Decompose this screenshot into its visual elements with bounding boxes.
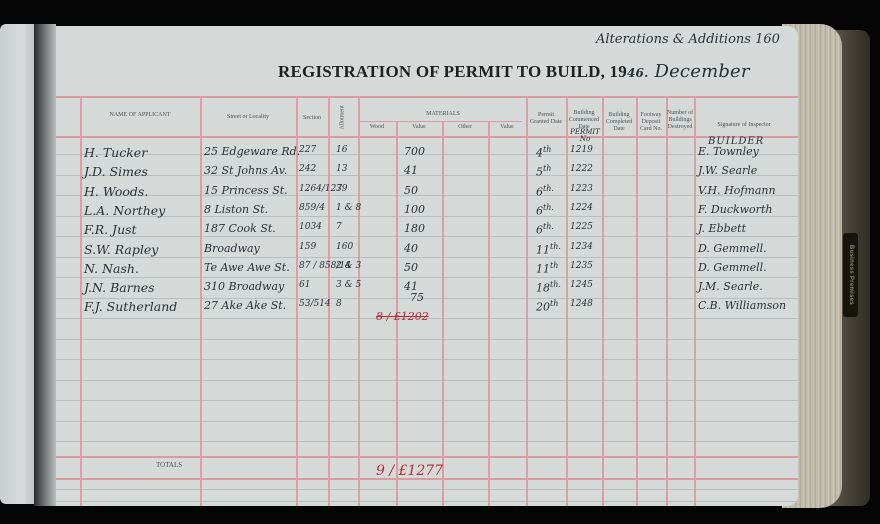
header-section: Section	[296, 115, 328, 122]
cell-allotment: 2 & 3	[336, 261, 361, 271]
ruled-line	[38, 421, 798, 422]
ruled-line	[38, 359, 798, 360]
date-suffix: th.	[543, 203, 554, 212]
cell-section: 859/4	[299, 203, 325, 213]
top-note: Alterations & Additions 160	[596, 32, 780, 47]
cell-permit: 1219	[570, 145, 593, 155]
ledger-page: Alterations & Additions 160 REGISTRATION…	[38, 26, 798, 506]
cell-date: 6th.	[536, 222, 554, 237]
header-signature: Signature of Inspector	[694, 122, 794, 129]
date-suffix: th	[550, 299, 558, 308]
cell-name: H. Woods.	[84, 184, 148, 199]
cell-allotment: 3 & 5	[336, 280, 361, 290]
left-page	[0, 24, 38, 504]
cell-street: 310 Broadway	[204, 280, 284, 293]
date-suffix: th	[550, 261, 558, 270]
cell-builder: D. Gemmell.	[698, 242, 767, 255]
header-top-rule	[38, 96, 798, 98]
header-buildings-destroyed: Number of Buildings Destroyed	[666, 110, 694, 131]
ruled-line	[38, 339, 798, 340]
date-day: 11	[536, 243, 550, 256]
ruled-line	[38, 236, 798, 237]
date-day: 6	[536, 205, 543, 218]
ruled-line	[38, 400, 798, 401]
col-rule	[602, 96, 604, 506]
cell-permit: 1245	[570, 280, 593, 290]
cell-street: 187 Cook St.	[204, 222, 276, 235]
header-footway-deposit: Footway Deposit Card No.	[636, 112, 666, 133]
title-month: December	[654, 61, 749, 82]
cell-builder: J. Ebbett	[698, 222, 746, 235]
cell-date: 5th	[536, 164, 551, 179]
ruled-line	[38, 501, 798, 502]
cell-date: 18th.	[536, 280, 561, 295]
date-suffix: th.	[550, 280, 561, 289]
cell-section: 61	[299, 280, 310, 290]
cell-allotment: 8	[336, 299, 342, 309]
cell-permit: 1235	[570, 261, 593, 271]
cell-builder: V.H. Hofmann	[698, 184, 776, 197]
date-day: 4	[536, 147, 543, 160]
ruled-line	[38, 380, 798, 381]
cell-permit: 1224	[570, 203, 593, 213]
cell-value: 75	[410, 291, 424, 304]
cell-builder: D. Gemmell.	[698, 261, 767, 274]
header-building-completed: Building Completed Date	[602, 112, 636, 133]
cell-street: 8 Liston St.	[204, 203, 268, 216]
permit-no-note: PERMIT No	[568, 129, 602, 143]
cell-value: 40	[404, 242, 418, 255]
totals-label: TOTALS	[156, 462, 182, 469]
cell-allotment: 7	[336, 222, 342, 232]
date-day: 6	[536, 224, 543, 237]
date-day: 6	[536, 185, 543, 198]
header-name: NAME OF APPLICANT	[80, 112, 200, 119]
cell-builder: C.B. Williamson	[698, 299, 786, 312]
header-street: Street or Locality	[200, 114, 296, 121]
cell-allotment: 39	[336, 184, 347, 194]
cell-allotment: 13	[336, 164, 347, 174]
cell-date: 6th.	[536, 184, 554, 199]
cell-permit: 1222	[570, 164, 593, 174]
header-value-1: Value	[396, 124, 442, 131]
cell-street: 25 Edgeware Rd.	[204, 145, 300, 158]
cell-builder: J.W. Searle	[698, 164, 757, 177]
cell-value: 50	[404, 261, 418, 274]
col-rule	[442, 121, 444, 506]
materials-divider	[360, 121, 522, 122]
cell-street: 15 Princess St.	[204, 184, 288, 197]
header-wood: Wood	[358, 124, 396, 131]
date-day: 20	[536, 301, 550, 314]
col-rule	[80, 96, 82, 506]
header-permit-granted: Permit Granted Date	[528, 112, 564, 126]
book-gutter	[34, 24, 56, 506]
date-suffix: th	[543, 145, 551, 154]
cell-builder: F. Duckworth	[698, 203, 772, 216]
struck-subtotal: 8 / £1202	[376, 310, 429, 323]
cell-builder: J.M. Searle.	[698, 280, 763, 293]
cell-permit: 1223	[570, 184, 593, 194]
cell-date: 11th.	[536, 242, 561, 257]
totals-top-rule	[38, 456, 798, 458]
col-rule	[636, 96, 638, 506]
title-printed: REGISTRATION OF PERMIT TO BUILD, 19	[278, 62, 627, 81]
cell-name: J.D. Simes	[84, 164, 148, 179]
cell-name: S.W. Rapley	[84, 242, 158, 257]
cell-date: 4th	[536, 145, 551, 160]
cell-value: 100	[404, 203, 425, 216]
header-bottom-rule	[38, 136, 798, 138]
date-day: 5	[536, 166, 543, 179]
cell-date: 11th	[536, 261, 558, 276]
cell-value: 700	[404, 145, 425, 158]
cell-allotment: 1 & 8	[336, 203, 361, 213]
ruled-line	[38, 277, 798, 278]
col-rule	[666, 96, 668, 506]
cell-name: F.R. Just	[84, 222, 137, 237]
date-day: 18	[536, 282, 550, 295]
cell-value: 50	[404, 184, 418, 197]
cell-builder: E. Townley	[698, 145, 759, 158]
col-rule	[488, 121, 490, 506]
cell-street: 27 Ake Ake St.	[204, 299, 286, 312]
cell-name: F.J. Sutherland	[84, 299, 177, 314]
ruled-line	[38, 257, 798, 258]
date-day: 11	[536, 262, 550, 275]
cell-name: N. Nash.	[84, 261, 139, 276]
date-suffix: th.	[543, 222, 554, 231]
cell-street: Broadway	[204, 242, 260, 255]
header-materials: MATERIALS	[360, 111, 526, 118]
date-suffix: th.	[550, 242, 561, 251]
cell-section: 1034	[299, 222, 322, 232]
cell-date: 6th.	[536, 203, 554, 218]
cell-value: 180	[404, 222, 425, 235]
col-rule	[358, 96, 360, 506]
header-other: Other	[442, 124, 488, 131]
cell-section: 53/514	[299, 299, 331, 309]
cell-allotment: 16	[336, 145, 347, 155]
cell-permit: 1234	[570, 242, 593, 252]
cell-section: 242	[299, 164, 316, 174]
ruled-line	[38, 441, 798, 442]
cell-permit: 1225	[570, 222, 593, 232]
index-tab-label: Business Premises	[848, 245, 854, 305]
cell-street: Te Awe Awe St.	[204, 261, 290, 274]
date-suffix: th	[543, 164, 551, 173]
cell-section: 159	[299, 242, 316, 252]
ruled-line	[38, 195, 798, 196]
cell-allotment: 160	[336, 242, 353, 252]
cell-date: 20th	[536, 299, 558, 314]
title-year: 46.	[627, 66, 648, 80]
date-suffix: th.	[543, 184, 554, 193]
ruled-line	[38, 489, 798, 490]
cell-value: 41	[404, 164, 418, 177]
totals-value: 9 / £1277	[376, 463, 443, 479]
cell-name: H. Tucker	[84, 145, 147, 160]
cell-section: 227	[299, 145, 316, 155]
col-rule	[200, 96, 202, 506]
index-tab[interactable]: Business Premises	[843, 233, 858, 317]
cell-permit: 1248	[570, 299, 593, 309]
cell-name: J.N. Barnes	[84, 280, 155, 295]
header-value-2: Value	[488, 124, 526, 131]
col-rule	[526, 96, 528, 506]
header-allotment: Allotment	[340, 101, 347, 135]
cell-street: 32 St Johns Av.	[204, 164, 287, 177]
col-rule	[566, 96, 568, 506]
page-title: REGISTRATION OF PERMIT TO BUILD, 1946.De…	[278, 61, 750, 82]
col-rule	[694, 96, 696, 506]
ruled-line	[38, 175, 798, 176]
cell-name: L.A. Northey	[84, 203, 165, 218]
